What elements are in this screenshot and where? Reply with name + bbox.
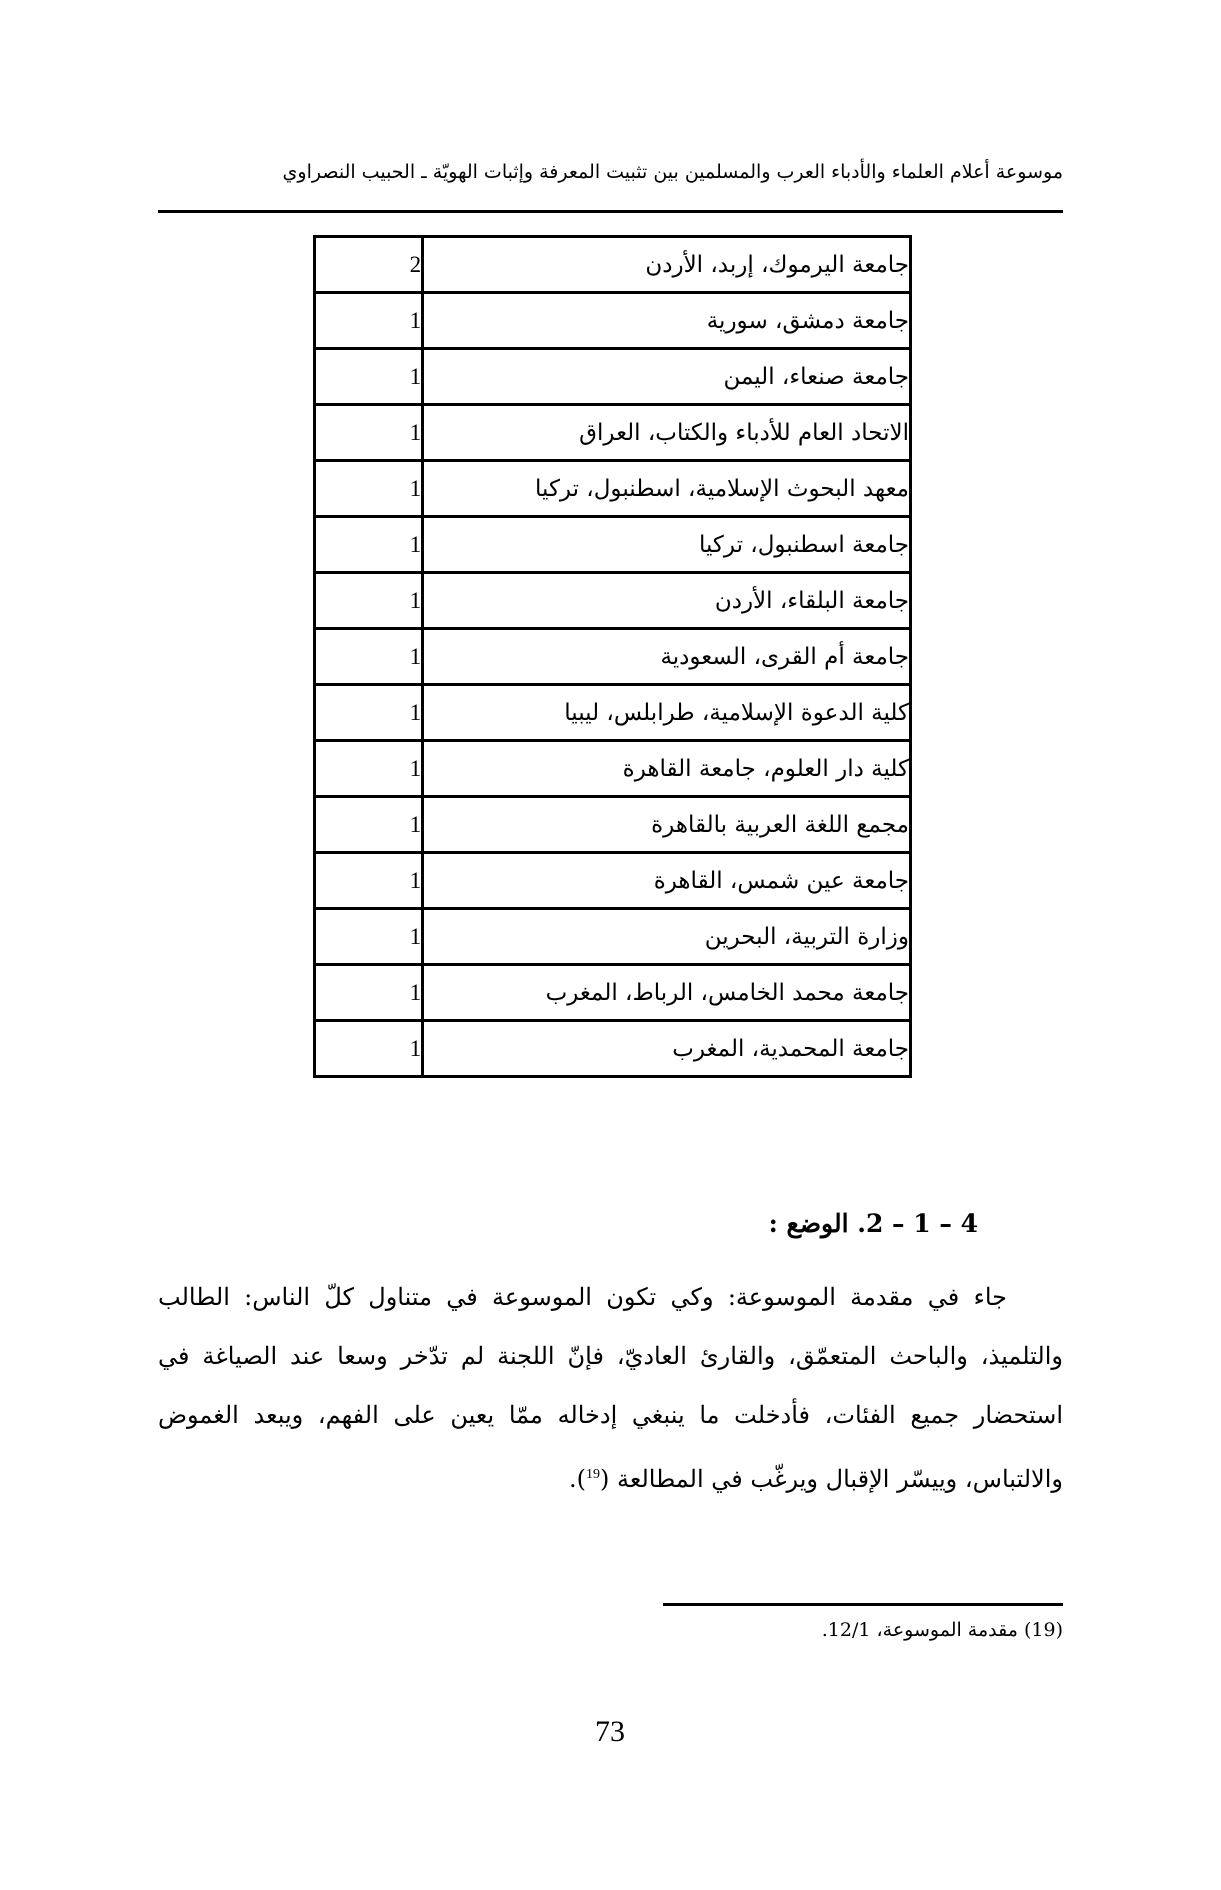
- institution-count: 1: [315, 741, 423, 797]
- institution-count: 2: [315, 237, 423, 293]
- table-row: كلية الدعوة الإسلامية، طرابلس، ليبيا1: [315, 685, 911, 741]
- page-number: 73: [560, 1712, 660, 1752]
- institutions-table: جامعة اليرموك، إربد، الأردن2 جامعة دمشق،…: [313, 235, 912, 1078]
- institution-name: جامعة محمد الخامس، الرباط، المغرب: [423, 965, 911, 1021]
- institution-count: 1: [315, 909, 423, 965]
- institution-name: جامعة المحمدية، المغرب: [423, 1021, 911, 1077]
- table-row: وزارة التربية، البحرين1: [315, 909, 911, 965]
- institution-name: كلية دار العلوم، جامعة القاهرة: [423, 741, 911, 797]
- institution-name: جامعة عين شمس، القاهرة: [423, 853, 911, 909]
- paragraph-line: جاء في مقدمة الموسوعة: وكي تكون الموسوعة…: [158, 1268, 1063, 1327]
- institution-count: 1: [315, 797, 423, 853]
- footnote: (19) مقدمة الموسوعة، 12/1.: [663, 1612, 1063, 1648]
- table-row: الاتحاد العام للأدباء والكتاب، العراق1: [315, 405, 911, 461]
- institution-name: جامعة اسطنبول، تركيا: [423, 517, 911, 573]
- institution-name: كلية الدعوة الإسلامية، طرابلس، ليبيا: [423, 685, 911, 741]
- table-row: جامعة المحمدية، المغرب1: [315, 1021, 911, 1077]
- table-row: جامعة عين شمس، القاهرة1: [315, 853, 911, 909]
- institution-count: 1: [315, 965, 423, 1021]
- table-row: مجمع اللغة العربية بالقاهرة1: [315, 797, 911, 853]
- institution-name: الاتحاد العام للأدباء والكتاب، العراق: [423, 405, 911, 461]
- closing-punctuation: .: [569, 1465, 577, 1493]
- table-row: جامعة صنعاء، اليمن1: [315, 349, 911, 405]
- institution-name: جامعة صنعاء، اليمن: [423, 349, 911, 405]
- paragraph-line-last: والالتباس، وييسّر الإقبال ويرغّب في المط…: [158, 1445, 1063, 1509]
- institution-name: جامعة البلقاء، الأردن: [423, 573, 911, 629]
- body-paragraph: جاء في مقدمة الموسوعة: وكي تكون الموسوعة…: [158, 1268, 1063, 1509]
- institution-name: معهد البحوث الإسلامية، اسطنبول، تركيا: [423, 461, 911, 517]
- paragraph-line-text: والالتباس، وييسّر الإقبال ويرغّب في المط…: [617, 1465, 1063, 1493]
- institution-count: 1: [315, 349, 423, 405]
- institution-count: 1: [315, 1021, 423, 1077]
- footnote-rule: [663, 1603, 1063, 1606]
- section-heading: 4 – 1 – 2. الوضع :: [600, 1198, 978, 1250]
- running-header: موسوعة أعلام العلماء والأدباء العرب والم…: [158, 152, 1063, 192]
- institution-count: 1: [315, 405, 423, 461]
- table-row: جامعة محمد الخامس، الرباط، المغرب1: [315, 965, 911, 1021]
- table-row: جامعة اسطنبول، تركيا1: [315, 517, 911, 573]
- institution-count: 1: [315, 461, 423, 517]
- institution-count: 1: [315, 517, 423, 573]
- table-row: جامعة دمشق، سورية1: [315, 293, 911, 349]
- paragraph-line: استحضار جميع الفئات، فأدخلت ما ينبغي إدخ…: [158, 1386, 1063, 1445]
- table-row: جامعة أم القرى، السعودية1: [315, 629, 911, 685]
- table-row: جامعة البلقاء، الأردن1: [315, 573, 911, 629]
- institution-count: 1: [315, 573, 423, 629]
- institution-count: 1: [315, 853, 423, 909]
- footnote-reference[interactable]: 19: [586, 1467, 600, 1482]
- institution-name: جامعة أم القرى، السعودية: [423, 629, 911, 685]
- table-row: جامعة اليرموك، إربد، الأردن2: [315, 237, 911, 293]
- institution-name: مجمع اللغة العربية بالقاهرة: [423, 797, 911, 853]
- institution-name: جامعة دمشق، سورية: [423, 293, 911, 349]
- table-row: معهد البحوث الإسلامية، اسطنبول، تركيا1: [315, 461, 911, 517]
- institution-count: 1: [315, 685, 423, 741]
- paragraph-line: والتلميذ، والباحث المتعمّق، والقارئ العا…: [158, 1327, 1063, 1386]
- table-row: كلية دار العلوم، جامعة القاهرة1: [315, 741, 911, 797]
- institution-name: وزارة التربية، البحرين: [423, 909, 911, 965]
- institution-name: جامعة اليرموك، إربد، الأردن: [423, 237, 911, 293]
- header-rule: [158, 210, 1063, 213]
- institution-count: 1: [315, 629, 423, 685]
- institution-count: 1: [315, 293, 423, 349]
